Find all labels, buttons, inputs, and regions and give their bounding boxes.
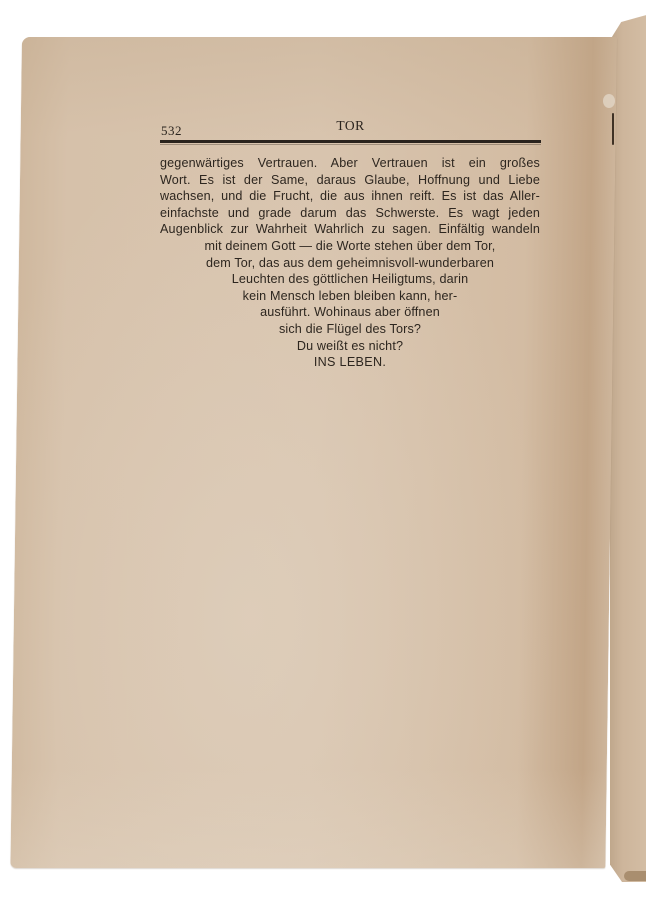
running-header: 532 TOR xyxy=(160,117,541,143)
text-line: Wort. Es ist der Same, daraus Glaube, Ho… xyxy=(160,172,540,189)
text-line: Augenblick zur Wahrheit Wahrlich zu sage… xyxy=(160,221,540,238)
text-line: kein Mensch leben bleiben kann, her- xyxy=(160,288,540,305)
text-line: sich die Flügel des Tors? xyxy=(160,321,540,338)
cover-bottom-edge xyxy=(624,871,646,881)
closing-line: INS LEBEN. xyxy=(160,354,540,371)
text-line: einfachste und grade darum das Schwerste… xyxy=(160,205,540,222)
text-line: mit deinem Gott — die Worte stehen über … xyxy=(160,238,540,255)
text-line: gegenwärtiges Vertrauen. Aber Vertrauen … xyxy=(160,155,540,172)
header-rule xyxy=(160,140,541,143)
text-line: Leuchten des göttlichen Heiligtums, dari… xyxy=(160,271,540,288)
body-text: gegenwärtiges Vertrauen. Aber Vertrauen … xyxy=(160,155,540,371)
running-title: TOR xyxy=(160,118,541,134)
text-line: ausführt. Wohinaus aber öffnen xyxy=(160,304,540,321)
text-line: wachsen, und die Frucht, die aus ihnen r… xyxy=(160,188,540,205)
text-line: Du weißt es nicht? xyxy=(160,338,540,355)
gutter-binding-thread xyxy=(612,113,614,145)
header-rule-shadow xyxy=(160,144,541,145)
text-line: dem Tor, das aus dem geheimnisvoll-wunde… xyxy=(160,255,540,272)
gutter-glue-spot xyxy=(603,94,615,108)
